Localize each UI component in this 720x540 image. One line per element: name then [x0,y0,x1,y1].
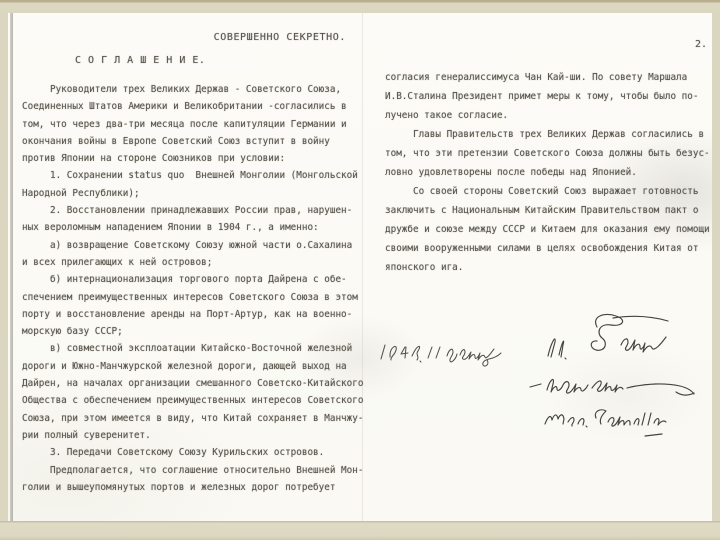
document-text-line: ловно удовлетворены после победы над Япо… [385,163,707,182]
document-scan: СОВЕРШЕННО СЕКРЕТНО. С О Г Л А Ш Е Н И Е… [8,13,712,521]
document-text-line: лучено такое согласие. [385,106,707,125]
document-text-line: Соединенных Штатов Америки и Великобрита… [22,98,360,115]
slide-bottom-border [0,521,720,540]
presentation-slide: СОВЕРШЕННО СЕКРЕТНО. С О Г Л А Ш Е Н И Е… [0,0,720,540]
document-text-line: своими вооруженными силами в целях освоб… [385,239,707,258]
document-text-line: Со своей стороны Советский Союз выражает… [385,182,707,201]
document-text-line: а) возвращение Советскому Союзу южной ча… [22,237,360,254]
agreement-title: С О Г Л А Ш Е Н И Е. [22,54,360,68]
document-text-line: б) интернационализация торгового порта Д… [22,271,360,288]
document-text-line: в) совместной эксплоатации Китайско-Вост… [22,340,360,357]
right-page-text: согласия генералиссимуса Чан Кай-ши. По … [385,68,707,277]
document-text-line: рии полный суверенитет. [22,427,360,444]
scan-edge-shadow [10,13,13,521]
document-text-line: Руководители трех Великих Держав - Совет… [22,81,360,98]
churchill-signature [541,405,691,443]
document-text-line: Народной Республики); [22,185,360,202]
document-text-line: против Японии на стороне Союзников при у… [22,150,360,167]
document-text-line: Общества с обеспечением преимущественных… [22,392,360,409]
document-page-left: СОВЕРШЕННО СЕКРЕТНО. С О Г Л А Ш Е Н И Е… [22,31,360,496]
slide-top-border [0,0,720,13]
document-text-line: морскую базу СССР; [22,323,360,340]
document-text-line: Союза, при этом имеется в виду, что Кита… [22,410,360,427]
document-text-line: том, что через два-три месяца после капи… [22,116,360,133]
document-text-line: японского ига. [385,258,707,277]
page-number: 2. [385,38,707,52]
document-text-line: том, что эти претензии Советского Союза … [385,144,707,163]
document-text-line: окончания войны в Европе Советский Союз … [22,133,360,150]
document-text-line: спечением преимущественных интересов Сов… [22,289,360,306]
document-text-line: заключить с Национальным Китайским Прави… [385,201,707,220]
roosevelt-signature [528,373,696,401]
document-text-line: дружбе и союзе между СССР и Китаем для о… [385,220,707,239]
handwritten-date [377,338,505,368]
document-text-line: дороги и Южно-Манчжурской железной дорог… [22,358,360,375]
document-text-line: Главы Правительств трех Великих Держав с… [385,125,707,144]
document-text-line: 2. Восстановлении принадлежавших России … [22,202,360,219]
document-text-line: И.В.Сталина Президент примет меры к тому… [385,87,707,106]
document-text-line: ных вероломным нападением Японии в 1904 … [22,219,360,236]
document-text-line: Предполагается, что соглашение относител… [22,462,360,479]
classification-stamp: СОВЕРШЕННО СЕКРЕТНО. [22,31,360,45]
left-page-text: Руководители трех Великих Держав - Совет… [22,81,360,496]
document-text-line: Дайрен, на началах организации смешанног… [22,375,360,392]
document-text-line: и всех прилегающих к ней островов; [22,254,360,271]
document-page-right: 2. согласия генералиссимуса Чан Кай-ши. … [385,38,707,277]
document-text-line: 3. Передачи Советскому Союзу Курильских … [22,444,360,461]
document-text-line: порту и восстановление аренды на Порт-Ар… [22,306,360,323]
document-text-line: 1. Сохранении status quo Внешней Монголи… [22,167,360,184]
document-text-line: согласия генералиссимуса Чан Кай-ши. По … [385,68,707,87]
stalin-signature [541,311,671,367]
document-text-line: голии и вышеупомянутых портов и железных… [22,479,360,496]
page-seam [362,13,363,521]
